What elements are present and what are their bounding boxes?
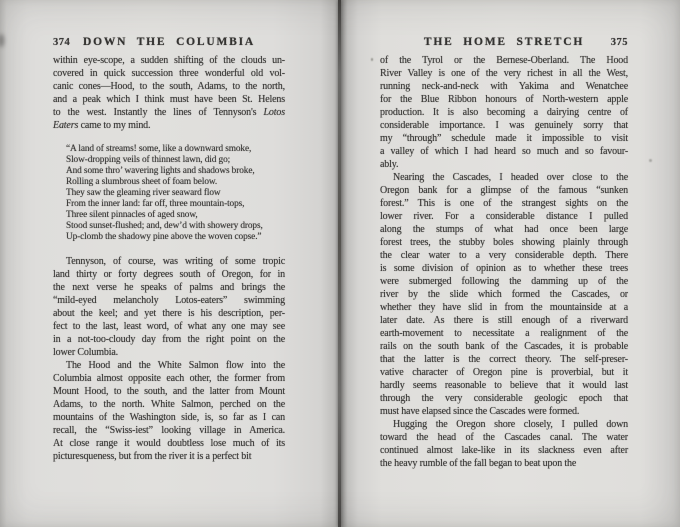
text-line: were submerged following the damming up … — [380, 275, 628, 288]
text-line: Nearing the Cascades, I headed over clos… — [380, 171, 628, 184]
text-line: Rolling a slumbrous sheet of foam below. — [66, 177, 285, 188]
text-line: hardly seems reasonable to believe that … — [380, 379, 628, 392]
text-line: picturesqueness, but from the river it i… — [53, 450, 285, 463]
page-header-right: THE HOME STRETCH 375 — [380, 36, 628, 50]
text-line: lower river. For a considerable distance… — [380, 210, 628, 223]
text-line: of the Tyrol or the Bernese-Oberland. Th… — [380, 54, 628, 67]
page-number-right: 375 — [611, 37, 628, 48]
text-line: forest.” This is one of the strangest si… — [380, 197, 628, 210]
text-line: toward the head of the Cascades canal. T… — [380, 431, 628, 444]
text-line: land thirty or forty degrees south of Or… — [53, 268, 285, 281]
running-title-left: DOWN THE COLUMBIA — [53, 36, 285, 48]
text-line: The Hood and the White Salmon flow into … — [53, 359, 285, 372]
text-line: mountains of the Washington side, is, so… — [53, 411, 285, 424]
page-body-left: within eye-scope, a sudden shifting of t… — [53, 54, 285, 463]
book-gutter-shadow — [338, 0, 341, 527]
text-line: At close range it would doubtless lose m… — [53, 437, 285, 450]
text-line: about the keel; and yet there is his des… — [53, 307, 285, 320]
text-line: Stood sunset-flushed; and, dew’d with sh… — [66, 221, 285, 232]
text-line: the next verse he speaks of palms and br… — [53, 281, 285, 294]
page-header-left: 374 DOWN THE COLUMBIA — [53, 36, 285, 50]
text-line: Up-clomb the shadowy pine above the wove… — [66, 232, 285, 243]
text-line: must have elapsed since the Cascades wer… — [380, 405, 628, 418]
text-line: Hugging the Oregon shore closely, I pull… — [380, 418, 628, 431]
text-line: running neck-and-neck with Yakima and We… — [380, 80, 628, 93]
text-line: vative character of Oregon pine is prove… — [380, 366, 628, 379]
paragraph: of the Tyrol or the Bernese-Oberland. Th… — [380, 54, 628, 171]
text-line: Mount Hood, to the south, and the latter… — [53, 385, 285, 398]
page-right: THE HOME STRETCH 375 of the Tyrol or the… — [341, 0, 680, 527]
text-line: later date. As there is still enough of … — [380, 314, 628, 327]
text-line: and a peak which I think must have been … — [53, 93, 285, 106]
text-line: Slow-dropping veils of thinnest lawn, di… — [66, 155, 285, 166]
text-line: forest trees, the stubby boles showing p… — [380, 236, 628, 249]
paragraph: The Hood and the White Salmon flow into … — [53, 359, 285, 463]
text-line: recall, the “Swiss-iest” looking village… — [53, 424, 285, 437]
page-body-right: of the Tyrol or the Bernese-Oberland. Th… — [380, 54, 628, 470]
text-line: fect to the last, least word, of what an… — [53, 320, 285, 333]
text-line: “A land of streams! some, like a downwar… — [66, 144, 285, 155]
text-line: Adams, to the north. White Salmon, perch… — [53, 398, 285, 411]
text-line: They saw the gleaming river seaward flow — [66, 188, 285, 199]
text-line: River Valley is one of the very richest … — [380, 67, 628, 80]
text-line: Three silent pinnacles of aged snow, — [66, 210, 285, 221]
verse-quote: “A land of streams! some, like a downwar… — [66, 144, 285, 243]
running-title-right: THE HOME STRETCH — [380, 36, 628, 48]
text-line: continued almost lake-like in its slackn… — [380, 444, 628, 457]
text-line: And some thro’ wavering lights and shado… — [66, 166, 285, 177]
page-number-left: 374 — [53, 37, 70, 48]
text-line: From the inner land: far off, three moun… — [66, 199, 285, 210]
text-line: Tennyson, of course, was writing of some… — [53, 255, 285, 268]
paragraph: Tennyson, of course, was writing of some… — [53, 255, 285, 359]
text-line: in a not-too-cloudy day from the right p… — [53, 333, 285, 346]
text-line: is some division of opinion as to whethe… — [380, 262, 628, 275]
text-line: for the Blue Ribbon honours of North-wes… — [380, 93, 628, 106]
book-scan: 374 DOWN THE COLUMBIA within eye-scope, … — [0, 0, 680, 527]
text-line: Oregon bank for a glimpse of the famous … — [380, 184, 628, 197]
text-line: river by the slide which formed the Casc… — [380, 288, 628, 301]
text-line: lower Columbia. — [53, 346, 285, 359]
text-line: my “through” schedule made it impossible… — [380, 132, 628, 145]
text-line: along the stumps of what had once been l… — [380, 223, 628, 236]
text-line: “mild-eyed melancholy Lotos-eaters” swim… — [53, 294, 285, 307]
page-left: 374 DOWN THE COLUMBIA within eye-scope, … — [0, 0, 341, 527]
text-line: ably. — [380, 158, 628, 171]
text-line: Eaters came to my mind. — [53, 119, 285, 132]
paragraph: Hugging the Oregon shore closely, I pull… — [380, 418, 628, 470]
text-line: rails on the south bank of the Cascades,… — [380, 340, 628, 353]
text-line: Columbia almost opposite each other, the… — [53, 372, 285, 385]
text-line: the clear water to a very considerable d… — [380, 249, 628, 262]
paragraph: within eye-scope, a sudden shifting of t… — [53, 54, 285, 132]
text-line: considerable importance. I was genuinely… — [380, 119, 628, 132]
text-line: that the latter is the correct theory. T… — [380, 353, 628, 366]
text-line: within eye-scope, a sudden shifting of t… — [53, 54, 285, 67]
text-line: whether they have slid in from the mount… — [380, 301, 628, 314]
text-line: production. It is also becoming a dairyi… — [380, 106, 628, 119]
paragraph: Nearing the Cascades, I headed over clos… — [380, 171, 628, 418]
text-line: canic cones—Hood, to the south, Adams, t… — [53, 80, 285, 93]
text-line: to the west. Instantly the lines of Tenn… — [53, 106, 285, 119]
text-line: through the very considerable geologic e… — [380, 392, 628, 405]
text-line: earth-movement to necessitate a realignm… — [380, 327, 628, 340]
text-line: covered in quick succession three wonder… — [53, 67, 285, 80]
text-line: a valley of which I had heard so much an… — [380, 145, 628, 158]
text-line: the heavy rumble of the fall began to be… — [380, 457, 628, 470]
